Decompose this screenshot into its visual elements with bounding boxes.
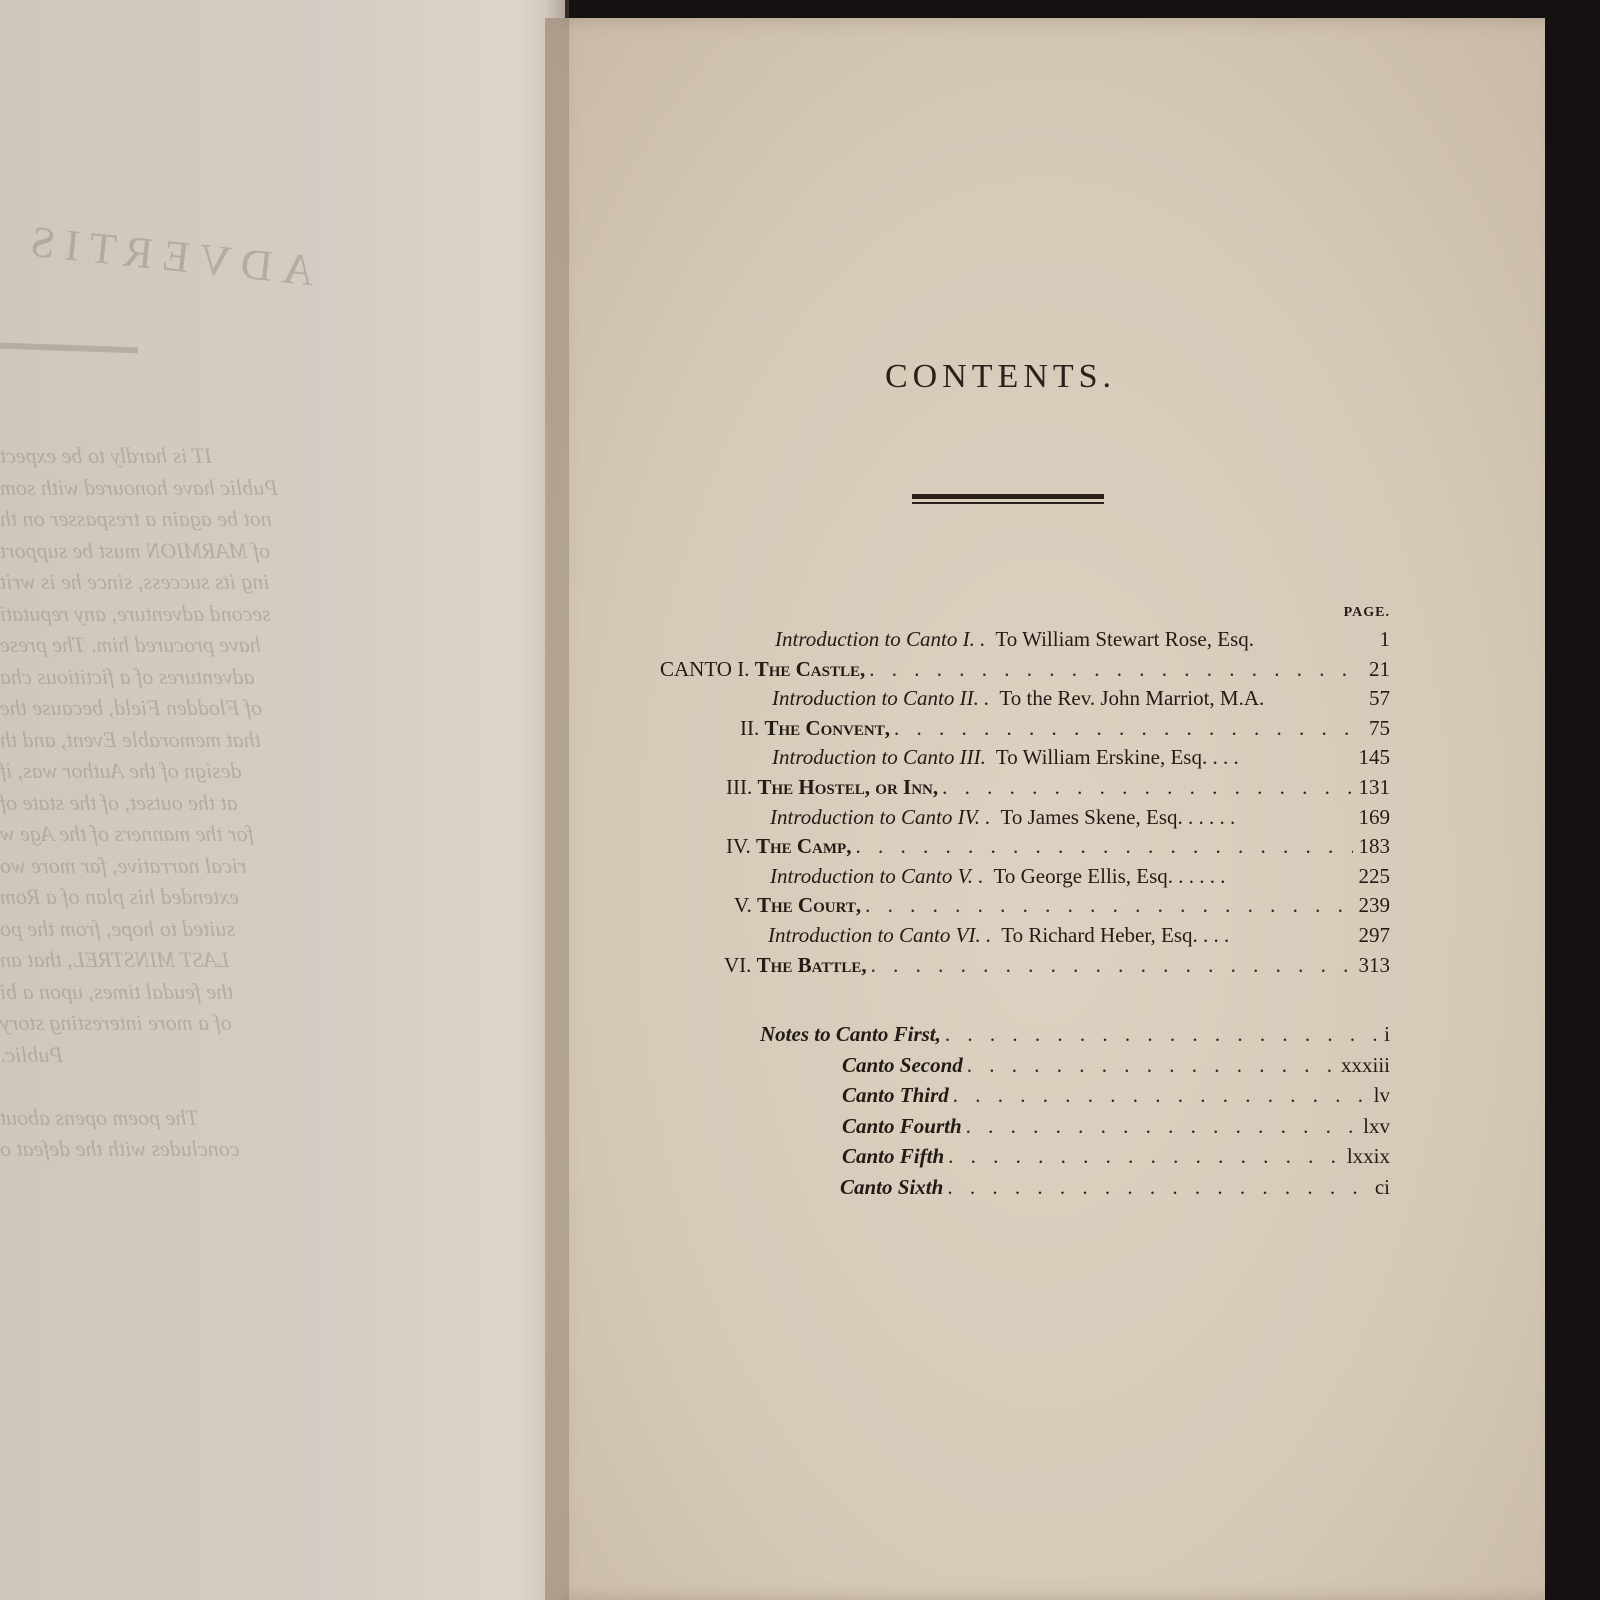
toc-entry-intro: Introduction to Canto VI. . To Richard H… (660, 923, 1390, 953)
show-through-line: Public have honoured with som (0, 472, 420, 504)
show-through-line: that memorable Event, and th (0, 724, 420, 756)
notes-entry: Notes to Canto First, . . . . . . . . . … (760, 1022, 1390, 1053)
show-through-line: The poem opens about (0, 1102, 420, 1134)
notes-label: Canto Fourth (842, 1114, 962, 1139)
canto-title: The Camp, (756, 834, 852, 859)
rule-thin (912, 502, 1104, 504)
notes-page: i (1378, 1022, 1390, 1047)
notes-page: xxxiii (1335, 1053, 1390, 1078)
page-title: CONTENTS. (885, 358, 1116, 396)
notes-entry: Canto Third . . . . . . . . . . . . . . … (760, 1083, 1390, 1114)
canto-number: VI. (724, 953, 751, 978)
show-through-line: ing its success, since he is writ (0, 566, 420, 598)
notes-entry: Canto Sixth . . . . . . . . . . . . . . … (760, 1175, 1390, 1206)
canto-number: IV. (726, 834, 751, 859)
notes-entry: Canto Fourth . . . . . . . . . . . . . .… (760, 1114, 1390, 1145)
notes-label: Notes to Canto First, (760, 1022, 941, 1047)
notes-page: ci (1369, 1175, 1390, 1200)
show-through-line: LAST MINSTREL, that an (0, 944, 420, 976)
show-through-line: not be again a trespasser on th (0, 503, 420, 535)
toc-entry-intro: Introduction to Canto III. To William Er… (660, 745, 1390, 775)
show-through-rule (0, 343, 138, 354)
show-through-text: IT is hardly to be expect Public have ho… (0, 440, 420, 1165)
dot-leader: . . . . . . . . . . . . . . . . . . . . … (962, 1114, 1358, 1139)
canto-number: V. (734, 893, 752, 918)
show-through-line: rical narrative, far more wo (0, 850, 420, 882)
left-page: ADVERTIS IT is hardly to be expect Publi… (0, 0, 565, 1600)
toc-entry-canto: CANTO I. The Castle, . . . . . . . . . .… (660, 657, 1390, 687)
toc-entry-intro: Introduction to Canto I. . To William St… (660, 627, 1390, 657)
show-through-line: concludes with the defeat o (0, 1133, 420, 1165)
notes-label: Canto Fifth (842, 1144, 944, 1169)
entry-page: 57 (1363, 686, 1390, 711)
show-through-line: for the manners of the Age w (0, 818, 420, 850)
entry-page: 131 (1353, 775, 1391, 800)
dot-leader: . . . . . . . . . . . . . . . . . . . . … (941, 1022, 1378, 1047)
notes-list: Notes to Canto First, . . . . . . . . . … (760, 1022, 1390, 1205)
canto-title: The Convent, (765, 716, 891, 741)
canto-title: The Battle, (757, 953, 867, 978)
dot-leader: . . . . . . . . . . . . . . . . . . . . … (944, 1144, 1341, 1169)
toc-entry-canto: VI. The Battle, . . . . . . . . . . . . … (660, 953, 1390, 983)
entry-page: 183 (1353, 834, 1391, 859)
show-through-line: extended his plan of a Rom (0, 881, 420, 913)
table-of-contents: PAGE. Introduction to Canto I. . To Will… (660, 605, 1390, 982)
entry-page: 297 (1353, 923, 1391, 948)
show-through-line: design of the Author was, if (0, 755, 420, 787)
notes-label: Canto Third (842, 1083, 949, 1108)
toc-entry-intro: Introduction to Canto II. . To the Rev. … (660, 686, 1390, 716)
entry-label: Introduction to Canto III. (772, 745, 986, 770)
canto-number: CANTO I. (660, 657, 749, 682)
show-through-line: suited to hope, from the po (0, 913, 420, 945)
entry-page: 313 (1353, 953, 1391, 978)
dot-leader: . . . . . . . . . . . . . . . . . . . . … (851, 834, 1352, 859)
dot-leader: . . . . . . . . . . . . . . . . . . . . … (867, 953, 1353, 978)
canto-title: The Court, (757, 893, 861, 918)
entry-dedication: To William Erskine, Esq. . . . (996, 745, 1239, 770)
show-through-line: the feudal times, upon a bi (0, 976, 420, 1008)
entry-dedication: To James Skene, Esq. . . . . . (1001, 805, 1236, 830)
dot-leader: . . . . . . . . . . . . . . . . . . . . … (943, 1175, 1369, 1200)
dot-leader: . . . . . . . . . . . . . . . . . . . . … (949, 1083, 1368, 1108)
dot-leader: . . . . . . . . . . . . . . . . . . . . … (890, 716, 1363, 741)
entry-dedication: To William Stewart Rose, Esq. (995, 627, 1254, 652)
toc-entry-canto: III. The Hostel, or Inn, . . . . . . . .… (660, 775, 1390, 805)
notes-page: lxv (1357, 1114, 1390, 1139)
dot-leader: . . . . . . . . . . . . . . . . . . . . … (865, 657, 1363, 682)
canto-title: The Castle, (755, 657, 866, 682)
show-through-title: ADVERTIS (18, 215, 317, 297)
canto-title: The Hostel, or Inn, (757, 775, 938, 800)
entry-label: Introduction to Canto V. . (770, 864, 984, 889)
show-through-line: have procured him. The prese (0, 629, 420, 661)
notes-label: Canto Second (842, 1053, 963, 1078)
entry-dedication: To George Ellis, Esq. . . . . . (994, 864, 1226, 889)
entry-label: Introduction to Canto II. . (772, 686, 989, 711)
notes-page: lv (1368, 1083, 1390, 1108)
notes-label: Canto Sixth (840, 1175, 943, 1200)
dot-leader: . . . . . . . . . . . . . . . . . . . . … (963, 1053, 1335, 1078)
entry-page: 75 (1363, 716, 1390, 741)
entry-page: 239 (1353, 893, 1391, 918)
canto-number: III. (726, 775, 752, 800)
entry-page: 1 (1374, 627, 1391, 652)
entry-dedication: To the Rev. John Marriot, M.A. (999, 686, 1264, 711)
toc-entry-canto: V. The Court, . . . . . . . . . . . . . … (660, 893, 1390, 923)
toc-entry-canto: II. The Convent, . . . . . . . . . . . .… (660, 716, 1390, 746)
show-through-line: Public. (0, 1039, 420, 1071)
show-through-line: of MARMION must be support (0, 535, 420, 567)
double-rule-divider (912, 494, 1104, 504)
rule-thick (912, 494, 1104, 499)
dot-leader: . . . . . . . . . . . . . . . . . . . . … (938, 775, 1352, 800)
toc-entry-intro: Introduction to Canto IV. . To James Ske… (660, 805, 1390, 835)
canto-number: II. (740, 716, 759, 741)
show-through-line: of Flodden Field, because the (0, 692, 420, 724)
entry-page: 169 (1353, 805, 1391, 830)
entry-label: Introduction to Canto I. . (775, 627, 985, 652)
notes-entry: Canto Second . . . . . . . . . . . . . .… (760, 1053, 1390, 1084)
show-through-line (0, 1070, 420, 1102)
entry-page: 225 (1353, 864, 1391, 889)
entry-label: Introduction to Canto IV. . (770, 805, 991, 830)
entry-page: 21 (1363, 657, 1390, 682)
toc-entry-canto: IV. The Camp, . . . . . . . . . . . . . … (660, 834, 1390, 864)
entry-dedication: To Richard Heber, Esq. . . . (1001, 923, 1229, 948)
show-through-line: at the outset, of the state of (0, 787, 420, 819)
dot-leader: . . . . . . . . . . . . . . . . . . . . … (861, 893, 1352, 918)
page-column-heading: PAGE. (660, 605, 1390, 627)
show-through-line: second adventure, any reputati (0, 598, 420, 630)
show-through-line: adventures of a fictitious cha (0, 661, 420, 693)
entry-label: Introduction to Canto VI. . (768, 923, 991, 948)
book-gutter (545, 0, 569, 1600)
show-through-line: of a more interesting story (0, 1007, 420, 1039)
notes-entry: Canto Fifth . . . . . . . . . . . . . . … (760, 1144, 1390, 1175)
notes-page: lxxix (1341, 1144, 1390, 1169)
show-through-line: IT is hardly to be expect (0, 440, 420, 472)
entry-page: 145 (1353, 745, 1391, 770)
toc-entry-intro: Introduction to Canto V. . To George Ell… (660, 864, 1390, 894)
